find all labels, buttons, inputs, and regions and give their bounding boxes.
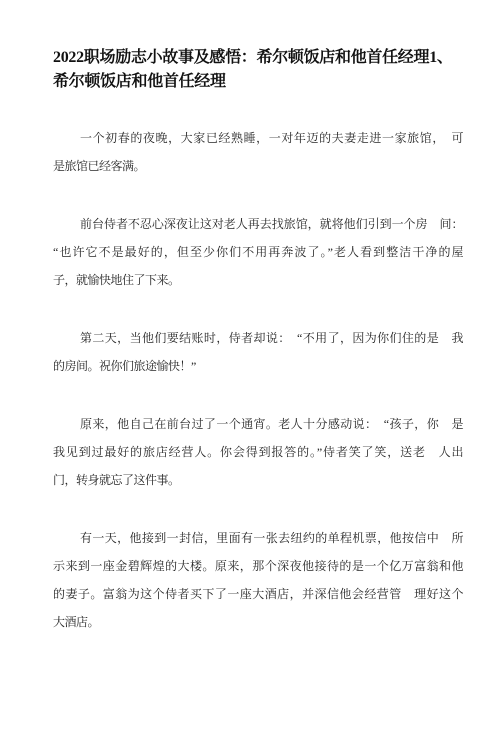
paragraph-line: 第二天，当他们要结账时，侍者却说： “不用了，因为你们住的是 我 bbox=[53, 324, 463, 352]
paragraph-line: 我见到过最好的旅店经营人。你会得到报答的。”侍者笑了笑，送老 人出 bbox=[53, 438, 463, 466]
title-line-2: 希尔顿饭店和他首任经理 bbox=[53, 70, 463, 94]
paragraph-line: 大酒店。 bbox=[53, 608, 463, 636]
paragraph-line: “也许它不是最好的，但至少你们不用再奔波了。”老人看到整洁干净的屋 bbox=[53, 238, 463, 266]
paragraph-line: 有一天，他接到一封信，里面有一张去纽约的单程机票，他按信中 所 bbox=[53, 524, 463, 552]
paragraph-line: 一个初春的夜晚，大家已经熟睡，一对年迈的夫妻走进一家旅馆， 可 bbox=[53, 124, 463, 152]
paragraph-line: 是旅馆已经客满。 bbox=[53, 152, 463, 180]
paragraph-line: 前台侍者不忍心深夜让这对老人再去找旅馆，就将他们引到一个房 间： bbox=[53, 210, 463, 238]
paragraph-line: 的房间。祝你们旅途愉快！” bbox=[53, 352, 463, 380]
paragraph-3: 第二天，当他们要结账时，侍者却说： “不用了，因为你们住的是 我 的房间。祝你们… bbox=[53, 324, 463, 380]
paragraph-2: 前台侍者不忍心深夜让这对老人再去找旅馆，就将他们引到一个房 间： “也许它不是最… bbox=[53, 210, 463, 294]
document-content: 2022职场励志小故事及感悟：希尔顿饭店和他首任经理1、 希尔顿饭店和他首任经理… bbox=[53, 0, 463, 636]
paragraph-line: 门，转身就忘了这件事。 bbox=[53, 466, 463, 494]
paragraph-line: 子，就愉快地住了下来。 bbox=[53, 266, 463, 294]
paragraph-line: 的妻子。富翁为这个侍者买下了一座大酒店，并深信他会经营管 理好这个 bbox=[53, 580, 463, 608]
document-title: 2022职场励志小故事及感悟：希尔顿饭店和他首任经理1、 希尔顿饭店和他首任经理 bbox=[53, 46, 463, 94]
paragraph-line: 示来到一座金碧辉煌的大楼。原来，那个深夜他接待的是一个亿万富翁和他 bbox=[53, 552, 463, 580]
document-page: 2022职场励志小故事及感悟：希尔顿饭店和他首任经理1、 希尔顿饭店和他首任经理… bbox=[0, 0, 500, 732]
paragraph-1: 一个初春的夜晚，大家已经熟睡，一对年迈的夫妻走进一家旅馆， 可 是旅馆已经客满。 bbox=[53, 124, 463, 180]
paragraph-5: 有一天，他接到一封信，里面有一张去纽约的单程机票，他按信中 所 示来到一座金碧辉… bbox=[53, 524, 463, 636]
title-line-1: 2022职场励志小故事及感悟：希尔顿饭店和他首任经理1、 bbox=[53, 46, 463, 70]
paragraph-line: 原来，他自己在前台过了一个通宵。老人十分感动说： “孩子，你 是 bbox=[53, 410, 463, 438]
paragraph-4: 原来，他自己在前台过了一个通宵。老人十分感动说： “孩子，你 是 我见到过最好的… bbox=[53, 410, 463, 494]
